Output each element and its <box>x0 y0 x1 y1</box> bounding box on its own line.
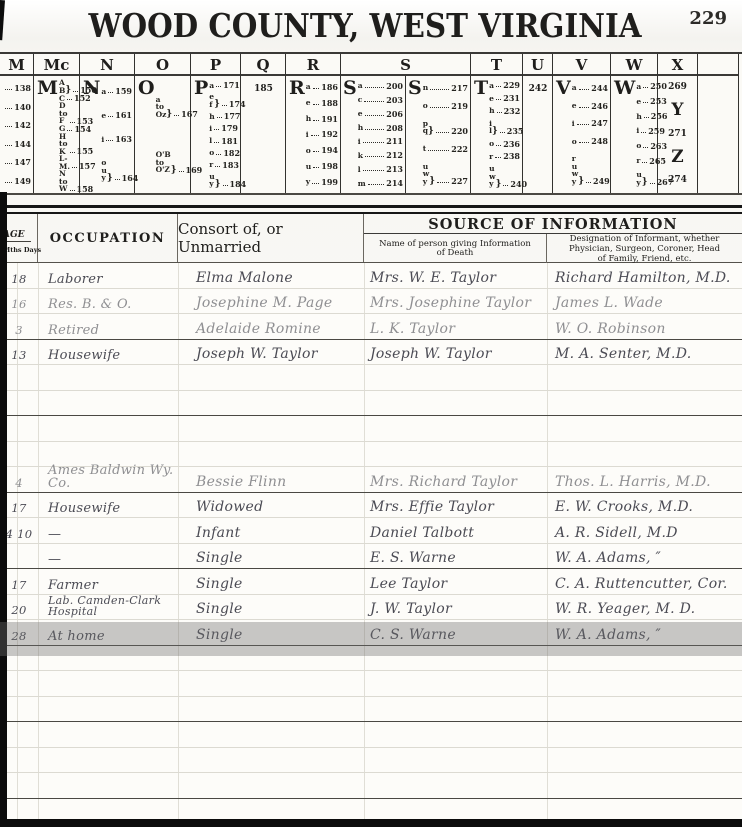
index-letter: U <box>523 54 552 76</box>
index-entry-key: r <box>489 153 493 161</box>
index-entry: t222 <box>423 145 468 153</box>
occupation-header: OCCUPATION <box>38 214 178 262</box>
index-entry: l181 <box>209 137 238 145</box>
index-entry-page: 159 <box>115 87 132 95</box>
table-row[interactable] <box>0 697 742 723</box>
dotted-leader <box>579 142 590 143</box>
index-entry-key: r <box>636 157 640 165</box>
dotted-leader <box>108 116 113 117</box>
index-entry-key: m <box>358 180 366 188</box>
dotted-leader <box>437 182 449 183</box>
dotted-leader <box>496 145 501 146</box>
brace: } <box>107 174 113 182</box>
table-row[interactable] <box>0 773 742 799</box>
designation-cell: C. A. Ruttencutter, Cor. <box>547 576 742 592</box>
index-entry-page: 177 <box>224 112 241 120</box>
index-entry-page: 200 <box>386 82 403 90</box>
index-entry: o263 <box>636 142 655 150</box>
index-body: P a171e f}174h177i179l181o182r183u y}184 <box>191 76 240 193</box>
index-entry-page: 203 <box>386 96 403 104</box>
index-section-letter: N <box>83 79 101 190</box>
dotted-leader <box>579 89 590 90</box>
index-letter: R <box>286 54 340 76</box>
dotted-leader <box>72 167 77 168</box>
dotted-leader <box>365 156 384 157</box>
index-entries: a250e253h256i259o263r265u y}267 <box>636 79 655 190</box>
index-column-s: S S a200c203e206h208i211k212l213m214 S n… <box>341 54 471 193</box>
designation-cell: W. A. Adams, ″ <box>547 550 742 566</box>
designation-cell: W. O. Robinson <box>547 321 742 337</box>
table-row[interactable]: 17 Housewife Widowed Mrs. Effie Taylor E… <box>0 493 742 519</box>
dotted-leader <box>214 129 219 130</box>
index-entry-page: 191 <box>321 115 338 123</box>
source-of-information-header: SOURCE OF INFORMATION Name of person giv… <box>364 214 742 262</box>
index-entry-page: 231 <box>503 94 520 102</box>
index-section-letter: R <box>289 79 306 190</box>
dotted-leader <box>5 182 12 183</box>
dotted-leader <box>363 142 385 143</box>
index-entry-key: e <box>306 99 311 107</box>
designation-cell: Richard Hamilton, M.D. <box>547 270 742 286</box>
occupation-cell: At home <box>38 630 178 643</box>
occupation-cell: Laborer <box>38 273 178 286</box>
index-body: 138140142144147149 <box>0 76 33 193</box>
informant-cell: Joseph W. Taylor <box>364 346 547 362</box>
index-entry-key: e <box>572 102 577 110</box>
index-entry-page: 161 <box>115 111 132 119</box>
index-entry-key: e <box>489 95 494 103</box>
index-entry-key: H to K <box>59 133 67 156</box>
index-entry-key: o <box>489 140 494 148</box>
index-entry-page: 186 <box>321 83 338 91</box>
index-section-letter: O <box>138 79 156 190</box>
dotted-leader <box>430 89 449 90</box>
table-row[interactable]: 4 Ames Baldwin Wy. Co. Bessie Flinn Mrs.… <box>0 467 742 493</box>
dotted-leader <box>363 170 385 171</box>
index-entry: 140 <box>3 103 31 111</box>
dotted-leader <box>67 130 72 131</box>
index-entry: a250 <box>636 82 655 90</box>
index-entry: e161 <box>101 111 132 119</box>
index-entry-page: 242 <box>529 84 548 94</box>
informant-cell: E. S. Warne <box>364 550 547 566</box>
informant-cell: Mrs. W. E. Taylor <box>364 270 547 286</box>
dotted-leader <box>5 89 12 90</box>
index-entry: o236 <box>489 140 520 148</box>
designation-cell: W. R. Yeager, M. D. <box>547 601 742 617</box>
index-section-letter: S <box>343 79 358 190</box>
dotted-leader <box>5 108 12 109</box>
index-entry-page: 163 <box>115 135 132 143</box>
index-entry-page: 235 <box>507 127 524 135</box>
index-entry: a171 <box>209 81 238 89</box>
index-body: 269 Y 271 Z 274 <box>658 76 697 193</box>
index-column-p: P P a171e f}174h177i179l181o182r183u y}1… <box>191 54 241 193</box>
index-entry-key: e <box>101 112 106 120</box>
index-entry-key: o <box>572 138 577 146</box>
index-entry-page: 192 <box>321 130 338 138</box>
table-row[interactable]: 20 Lab. Camden-Clark Hospital Single J. … <box>0 595 742 621</box>
dotted-leader <box>495 157 501 158</box>
index-letter: M <box>0 54 33 76</box>
index-entry-page: 222 <box>451 145 468 153</box>
index-column-x: X 269 Y 271 Z 274 <box>658 54 698 193</box>
index-entries: a229e231h232i l}235o236r238u w y}240 <box>489 79 520 190</box>
brace: } <box>492 127 498 135</box>
table-row[interactable] <box>0 671 742 697</box>
index-letter: T <box>471 54 522 76</box>
record-table-header: AGE Mths Days OCCUPATION Consort of, or … <box>0 214 742 263</box>
index-entry: i211 <box>358 137 403 145</box>
occupation-cell: Ames Baldwin Wy. Co. <box>38 464 178 490</box>
index-entry-page: 206 <box>386 110 403 118</box>
index-entry: D to F153 <box>59 102 77 125</box>
index-letter: W <box>611 54 657 76</box>
index-entry: k212 <box>358 151 403 159</box>
index-entry-key: i <box>636 127 639 135</box>
index-entry-key: i <box>572 120 575 128</box>
table-row[interactable] <box>0 646 742 672</box>
index-body <box>698 76 738 193</box>
dotted-leader <box>650 183 655 184</box>
index-entry: h191 <box>306 115 338 123</box>
brace: } <box>171 166 177 174</box>
page-title: WOOD COUNTY, WEST VIRGINIA <box>66 8 664 46</box>
index-body: O a to Oz}167O'B to O'Z}169 <box>135 76 190 193</box>
index-entry-page: 182 <box>223 149 240 157</box>
index-entry-key: o <box>423 102 428 110</box>
index-entry: A B}150 <box>59 79 77 94</box>
table-row[interactable]: 17 Farmer Single Lee Taylor C. A. Rutten… <box>0 569 742 595</box>
index-entry-page: 212 <box>386 151 403 159</box>
index-entry-key: n <box>423 84 428 92</box>
table-row[interactable]: 16 Res. B. & O. Josephine M. Page Mrs. J… <box>0 289 742 315</box>
dotted-leader <box>496 99 501 100</box>
dotted-leader <box>497 112 502 113</box>
index-entry: r u w y}249 <box>572 155 608 185</box>
dotted-leader <box>179 171 184 172</box>
dotted-leader <box>643 102 648 103</box>
index-subcolumn: S n217o219p q}220t222u w y}227 <box>405 76 470 193</box>
index-entry: e231 <box>489 94 520 102</box>
index-entry-page: 232 <box>504 107 521 115</box>
index-entry-key: t <box>423 145 426 153</box>
index-entry-page: 140 <box>14 103 31 111</box>
designation-cell: M. A. Senter, M.D. <box>547 346 742 362</box>
index-entry-page: 144 <box>14 140 31 148</box>
dotted-leader <box>174 115 179 116</box>
source-subheaders: Name of person giving Information of Dea… <box>364 234 742 264</box>
table-row[interactable] <box>0 391 742 417</box>
index-entry-key: i <box>358 138 361 146</box>
index-entry-key: a <box>306 83 311 91</box>
dotted-leader <box>67 99 72 100</box>
dotted-leader <box>313 88 320 89</box>
index-entries: a171e f}174h177i179l181o182r183u y}184 <box>209 79 238 190</box>
dotted-leader <box>430 107 450 108</box>
index-column-mc: Mc M A B}150C152D to F153G154H to K155L-… <box>34 54 80 193</box>
index-entry-key: a <box>572 84 577 92</box>
brace: } <box>65 86 71 94</box>
index-entry-key: h <box>636 113 641 121</box>
index-entry-page: 171 <box>223 81 240 89</box>
index-column-q: Q 185 <box>241 54 286 193</box>
index-entry: O'B to O'Z}169 <box>156 151 188 174</box>
index-entry: H to K155 <box>59 133 77 156</box>
index-entry: o u y}164 <box>101 159 132 182</box>
index-entry: o248 <box>572 137 608 145</box>
consort-cell: Joseph W. Taylor <box>178 346 364 362</box>
table-row[interactable]: 18 Laborer Elma Malone Mrs. W. E. Taylor… <box>0 263 742 289</box>
table-row[interactable] <box>0 416 742 442</box>
dotted-leader <box>70 152 75 153</box>
dotted-leader <box>364 101 384 102</box>
dotted-leader <box>586 182 591 183</box>
brace: } <box>496 180 502 188</box>
index-entry-page: 246 <box>591 102 608 110</box>
index-entry-key: r <box>209 161 213 169</box>
index-column-n: N N a159e161i163o u y}164 <box>80 54 135 193</box>
index-entry-page: 247 <box>591 119 608 127</box>
record-table-body: 18 Laborer Elma Malone Mrs. W. E. Taylor… <box>0 263 742 824</box>
index-entry: i259 <box>636 127 655 135</box>
dotted-leader <box>313 167 319 168</box>
index-entry-page: 229 <box>503 81 520 89</box>
index-letter-y: Y <box>671 100 683 120</box>
informant-cell: Mrs. Josephine Taylor <box>364 295 547 311</box>
index-entry-key: a to Oz <box>156 96 167 119</box>
index-entry-page: 236 <box>503 140 520 148</box>
index-entry: h232 <box>489 107 520 115</box>
dotted-leader <box>643 147 648 148</box>
dotted-leader <box>216 86 221 87</box>
dotted-leader <box>496 86 501 87</box>
informant-cell: Mrs. Effie Taylor <box>364 499 547 515</box>
index-entry-key: l <box>209 137 212 145</box>
dotted-leader <box>642 162 647 163</box>
index-entry-page: 198 <box>321 162 338 170</box>
consort-cell: Single <box>178 627 364 643</box>
table-row[interactable]: 28 At home Single C. S. Warne W. A. Adam… <box>0 620 742 646</box>
brace: } <box>215 180 221 188</box>
index-entry: n217 <box>423 84 468 92</box>
dotted-leader <box>217 117 222 118</box>
index-entry: a229 <box>489 81 520 89</box>
index-letter <box>698 54 738 76</box>
index-entry-page: 208 <box>386 124 403 132</box>
index-entry: i163 <box>101 135 132 143</box>
index-body: W a250e253h256i259o263r265u y}267 <box>611 76 657 193</box>
source-header-title: SOURCE OF INFORMATION <box>364 214 742 234</box>
informant-subheader: Name of person giving Information of Dea… <box>364 234 547 264</box>
designation-cell: Thos. L. Harris, M.D. <box>547 474 742 490</box>
dotted-leader <box>643 87 648 88</box>
index-body: 242 <box>523 76 552 193</box>
index-entries: a to Oz}167O'B to O'Z}169 <box>156 79 188 190</box>
index-entry: a244 <box>572 84 608 92</box>
index-section-letter: P <box>194 79 209 190</box>
index-letter: S <box>341 54 470 76</box>
designation-cell: A. R. Sidell, M.D <box>547 525 742 541</box>
index-entry-page: 188 <box>321 99 338 107</box>
index-entry-page: 244 <box>591 84 608 92</box>
dotted-leader <box>106 140 113 141</box>
dotted-leader <box>365 87 385 88</box>
occupation-cell: Farmer <box>38 579 178 592</box>
dotted-leader <box>312 183 319 184</box>
occupation-cell: Lab. Camden-Clark Hospital <box>38 596 178 617</box>
dotted-leader <box>579 107 590 108</box>
consort-cell: Josephine M. Page <box>178 295 364 311</box>
index-entry: r238 <box>489 152 520 160</box>
consort-header: Consort of, or Unmarried <box>178 214 364 262</box>
dotted-leader <box>368 184 385 185</box>
consort-cell: Infant <box>178 525 364 541</box>
index-entry-page: 181 <box>221 137 238 145</box>
table-row[interactable] <box>0 365 742 391</box>
index-column-t: T T a229e231h232i l}235o236r238u w y}240 <box>471 54 523 193</box>
dotted-leader <box>311 135 320 136</box>
index-section-letter: M <box>37 79 59 190</box>
index-entry-page: 211 <box>386 137 403 145</box>
index-body: V a244e246i247o248r u w y}249 <box>553 76 610 193</box>
index-letter: P <box>191 54 240 76</box>
index-entries: 138140142144147149 <box>3 79 31 190</box>
informant-cell: L. K. Taylor <box>364 321 547 337</box>
index-entry: u y}267 <box>636 171 655 186</box>
index-column-u: U 242 <box>523 54 553 193</box>
index-entry-key: a <box>209 82 214 90</box>
index-entry-key: o <box>306 147 311 155</box>
designation-subheader: Designation of Informant, whether Physic… <box>547 234 742 264</box>
dotted-leader <box>216 154 221 155</box>
index-section-letter: T <box>474 79 489 190</box>
index-entry-page: 271 <box>668 129 687 139</box>
index-entry-page: 149 <box>14 177 31 185</box>
informant-cell: J. W. Taylor <box>364 601 547 617</box>
index-entry: h256 <box>636 112 655 120</box>
index-entry-key: h <box>306 115 311 123</box>
dotted-leader <box>313 104 320 105</box>
index-entry: h208 <box>358 124 403 132</box>
index-letter: N <box>80 54 134 76</box>
index-section-letter: W <box>614 79 636 190</box>
consort-cell: Bessie Flinn <box>178 474 364 490</box>
index-column-w: W W a250e253h256i259o263r265u y}267 <box>611 54 658 193</box>
index-entry: h177 <box>209 112 238 120</box>
index-entry: m214 <box>358 179 403 187</box>
index-entry-key: a <box>101 88 106 96</box>
dotted-leader <box>115 179 120 180</box>
index-entry-key: c <box>358 96 363 104</box>
index-entry-page: 185 <box>254 84 273 94</box>
index-letter: X <box>658 54 697 76</box>
index-entry: u w y}240 <box>489 165 520 188</box>
index-body: R a186e188h191i192o194u198y199 <box>286 76 340 193</box>
index-entry: L-M.157 <box>59 155 77 170</box>
informant-cell: Mrs. Richard Taylor <box>364 474 547 490</box>
index-entry-page: 138 <box>14 84 31 92</box>
brace: } <box>578 177 584 185</box>
dotted-leader <box>70 122 75 123</box>
index-entry: a159 <box>101 87 132 95</box>
index-entry: r183 <box>209 161 238 169</box>
designation-cell: W. A. Adams, ″ <box>547 627 742 643</box>
table-row[interactable] <box>0 748 742 774</box>
dotted-leader <box>73 91 78 92</box>
index-entry: c203 <box>358 96 403 104</box>
dotted-leader <box>5 163 12 164</box>
index-entry: i179 <box>209 124 238 132</box>
index-entry-page: 147 <box>14 158 31 166</box>
index-entries: a200c203e206h208i211k212l213m214 <box>358 79 403 190</box>
index-letter: V <box>553 54 610 76</box>
table-row[interactable]: 3 Retired Adelaide Romine L. K. Taylor W… <box>0 314 742 340</box>
consort-cell: Single <box>178 576 364 592</box>
index-entry: o182 <box>209 149 238 157</box>
index-entry-key: N to W <box>59 170 67 193</box>
dotted-leader <box>215 166 220 167</box>
index-entry: l213 <box>358 165 403 173</box>
index-entry: N to W158 <box>59 170 77 193</box>
index-column-blank <box>698 54 739 193</box>
index-entry: 144 <box>3 140 31 148</box>
informant-cell: Lee Taylor <box>364 576 547 592</box>
dotted-leader <box>5 145 12 146</box>
index-entry-key: L-M. <box>59 155 70 170</box>
dotted-leader <box>313 151 319 152</box>
index-entry: o219 <box>423 102 468 110</box>
index-entry-key: a <box>636 83 641 91</box>
index-entries: A B}150C152D to F153G154H to K155L-M.157… <box>59 79 77 190</box>
index-entry: u y}184 <box>209 173 238 188</box>
dotted-leader <box>214 142 219 143</box>
index-entry: e206 <box>358 110 403 118</box>
consort-cell: Adelaide Romine <box>178 321 364 337</box>
table-row[interactable]: — Single E. S. Warne W. A. Adams, ″ <box>0 544 742 570</box>
index-entry-page: 183 <box>222 161 239 169</box>
designation-cell: James L. Wade <box>547 295 742 311</box>
occupation-cell: Res. B. & O. <box>38 298 178 311</box>
table-row[interactable]: 4 10 — Infant Daniel Talbott A. R. Sidel… <box>0 518 742 544</box>
index-entry: 149 <box>3 177 31 185</box>
index-entry: 142 <box>3 121 31 129</box>
index-entry-page: 217 <box>451 84 468 92</box>
index-entry-key: y <box>306 178 310 186</box>
designation-cell: E. W. Crooks, M.D. <box>547 499 742 515</box>
dotted-leader <box>641 132 646 133</box>
index-entry: e f}174 <box>209 93 238 108</box>
table-row[interactable] <box>0 722 742 748</box>
index-section-letter: S <box>408 79 423 190</box>
age-header-label: AGE <box>3 230 31 242</box>
dotted-leader <box>365 129 384 130</box>
index-entry-key: l <box>358 166 361 174</box>
index-entry-key: o <box>636 142 641 150</box>
index-entry-page: 199 <box>321 178 338 186</box>
occupation-cell: — <box>38 553 178 566</box>
index-entry-key: O'B to O'Z <box>156 151 171 174</box>
index-letter: O <box>135 54 190 76</box>
index-subcolumn: S a200c203e206h208i211k212l213m214 <box>341 76 405 193</box>
index-entry-key: a <box>489 82 494 90</box>
index-entry-page: 194 <box>321 146 338 154</box>
dotted-leader <box>500 132 505 133</box>
index-section-letter: V <box>556 79 572 190</box>
brace: } <box>428 127 434 135</box>
index-entry: a186 <box>306 83 338 91</box>
table-row[interactable]: 13 Housewife Joseph W. Taylor Joseph W. … <box>0 340 742 366</box>
